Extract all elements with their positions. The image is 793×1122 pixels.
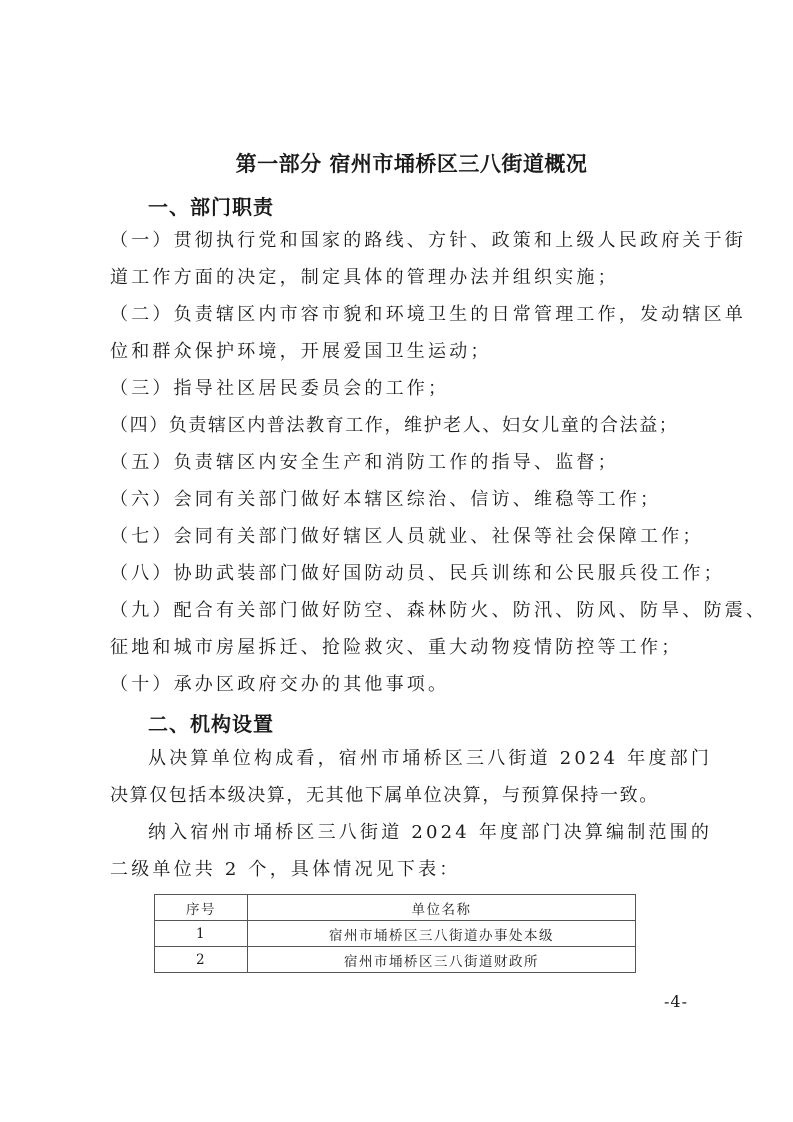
cell-serial-number: 2 <box>155 947 248 973</box>
duty-line-11: （九）配合有关部门做好防空、森林防火、防汛、防风、防旱、防震、 <box>110 599 695 623</box>
table-row: 2 宿州市埇桥区三八街道财政所 <box>155 947 636 973</box>
table-row: 1 宿州市埇桥区三八街道办事处本级 <box>155 921 636 947</box>
duty-line-3: （二）负责辖区内市容市貌和环境卫生的日常管理工作，发动辖区单 <box>110 303 695 327</box>
header-serial-number: 序号 <box>155 895 248 921</box>
org-line-2: 决算仅包括本级决算，无其他下属单位决算，与预算保持一致。 <box>110 784 695 808</box>
duty-line-5: （三）指导社区居民委员会的工作； <box>110 377 695 401</box>
units-table: 序号 单位名称 1 宿州市埇桥区三八街道办事处本级 2 宿州市埇桥区三八街道财政… <box>154 894 636 973</box>
duty-line-2: 道工作方面的决定，制定具体的管理办法并组织实施； <box>110 266 695 290</box>
cell-unit-name: 宿州市埇桥区三八街道办事处本级 <box>248 921 636 947</box>
duty-line-9: （七）会同有关部门做好辖区人员就业、社保等社会保障工作； <box>110 525 695 549</box>
duty-line-7: （五）负责辖区内安全生产和消防工作的指导、监督； <box>110 451 695 475</box>
duty-line-12: 征地和城市房屋拆迁、抢险救灾、重大动物疫情防控等工作； <box>110 636 695 660</box>
page-title: 第一部分 宿州市埇桥区三八街道概况 <box>0 148 793 178</box>
duty-line-10: （八）协助武装部门做好国防动员、民兵训练和公民服兵役工作； <box>110 562 695 586</box>
org-line-1: 从决算单位构成看，宿州市埇桥区三八街道 2024 年度部门 <box>148 747 693 771</box>
duty-line-4: 位和群众保护环境，开展爱国卫生运动； <box>110 340 695 364</box>
section-heading-duties: 一、部门职责 <box>148 191 274 220</box>
duty-line-13: （十）承办区政府交办的其他事项。 <box>110 673 695 697</box>
cell-serial-number: 1 <box>155 921 248 947</box>
header-unit-name: 单位名称 <box>248 895 636 921</box>
duty-line-1: （一）贯彻执行党和国家的路线、方针、政策和上级人民政府关于街 <box>110 229 695 253</box>
duty-line-6: （四）负责辖区内普法教育工作，维护老人、妇女儿童的合法益； <box>110 414 695 438</box>
document-page: 第一部分 宿州市埇桥区三八街道概况 一、部门职责 （一）贯彻执行党和国家的路线、… <box>0 0 793 1122</box>
page-number: -4- <box>664 992 688 1011</box>
cell-unit-name: 宿州市埇桥区三八街道财政所 <box>248 947 636 973</box>
table-header-row: 序号 单位名称 <box>155 895 636 921</box>
org-line-4: 二级单位共 2 个，具体情况见下表： <box>110 858 695 882</box>
duty-line-8: （六）会同有关部门做好本辖区综治、信访、维稳等工作； <box>110 488 695 512</box>
section-heading-organization: 二、机构设置 <box>148 708 274 737</box>
org-line-3: 纳入宿州市埇桥区三八街道 2024 年度部门决算编制范围的 <box>148 821 693 845</box>
